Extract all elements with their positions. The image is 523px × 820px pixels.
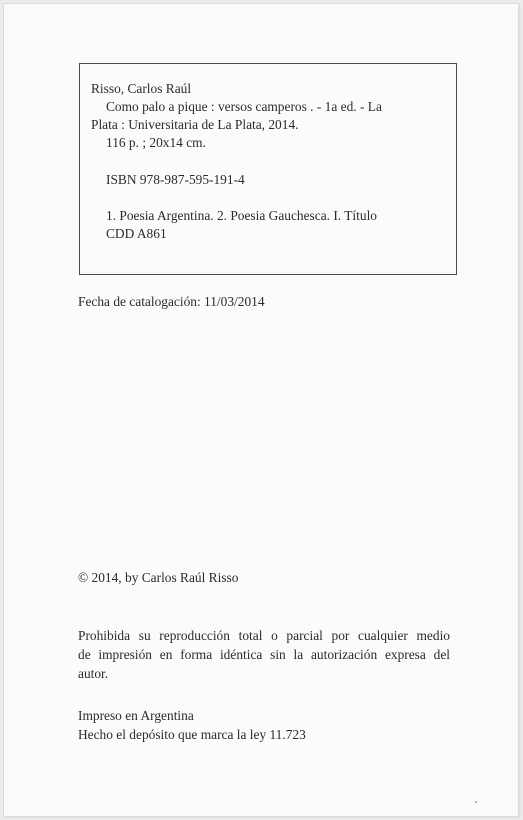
catalog-classification: CDD A861 [106, 226, 167, 242]
catalog-subjects: 1. Poesia Argentina. 2. Poesia Gauchesca… [106, 208, 377, 224]
catalog-author: Risso, Carlos Raúl [91, 81, 191, 97]
cataloging-in-publication-box: Risso, Carlos Raúl Como palo a pique : v… [79, 63, 457, 275]
scan-speck [475, 801, 477, 803]
rights-notice-line-2: de impresión en forma idéntica sin la au… [78, 645, 450, 664]
copyright-notice: © 2014, by Carlos Raúl Risso [78, 570, 238, 586]
rights-notice-line-3: autor. [78, 664, 450, 683]
cataloging-date: Fecha de catalogación: 11/03/2014 [78, 294, 265, 310]
rights-notice: Prohibida su reproducción total o parcia… [78, 626, 450, 683]
catalog-title: Como palo a pique : versos camperos . - … [106, 99, 382, 115]
book-copyright-page: Risso, Carlos Raúl Como palo a pique : v… [3, 3, 519, 817]
catalog-isbn: ISBN 978-987-595-191-4 [106, 172, 245, 188]
catalog-physical-description: 116 p. ; 20x14 cm. [106, 135, 206, 151]
rights-notice-line-1: Prohibida su reproducción total o parcia… [78, 626, 450, 645]
catalog-publisher: Plata : Universitaria de La Plata, 2014. [91, 117, 299, 133]
printed-in: Impreso en Argentina [78, 708, 194, 724]
legal-deposit: Hecho el depósito que marca la ley 11.72… [78, 727, 306, 743]
